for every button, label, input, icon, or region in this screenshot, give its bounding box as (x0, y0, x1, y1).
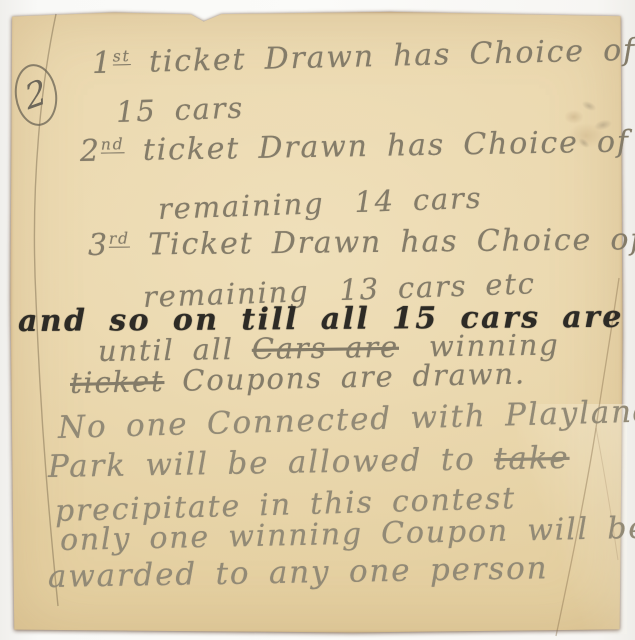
note-text: remaining (157, 186, 325, 226)
note-text: 15 cars (115, 91, 244, 129)
note-text: nd (101, 135, 125, 153)
note-text: 14 cars (354, 181, 483, 219)
page-number: 2 (22, 72, 51, 119)
note-text: 1 (92, 45, 114, 80)
scanned-note: 2 1st ticket Drawn has Choice of15 cars2… (0, 0, 635, 640)
note-text: etc (485, 266, 537, 302)
struck-out-text: ticket (70, 364, 165, 400)
note-text: st (113, 47, 131, 65)
note-text: 2 (80, 134, 101, 169)
note-line: 15 cars (115, 91, 244, 129)
struck-out-text: take (494, 440, 570, 477)
note-text: rd (109, 230, 130, 248)
note-text: Ticket Drawn has Choice of (130, 222, 635, 262)
note-line: 3rd Ticket Drawn has Choice of (88, 222, 635, 263)
note-text: 3 (88, 228, 109, 263)
